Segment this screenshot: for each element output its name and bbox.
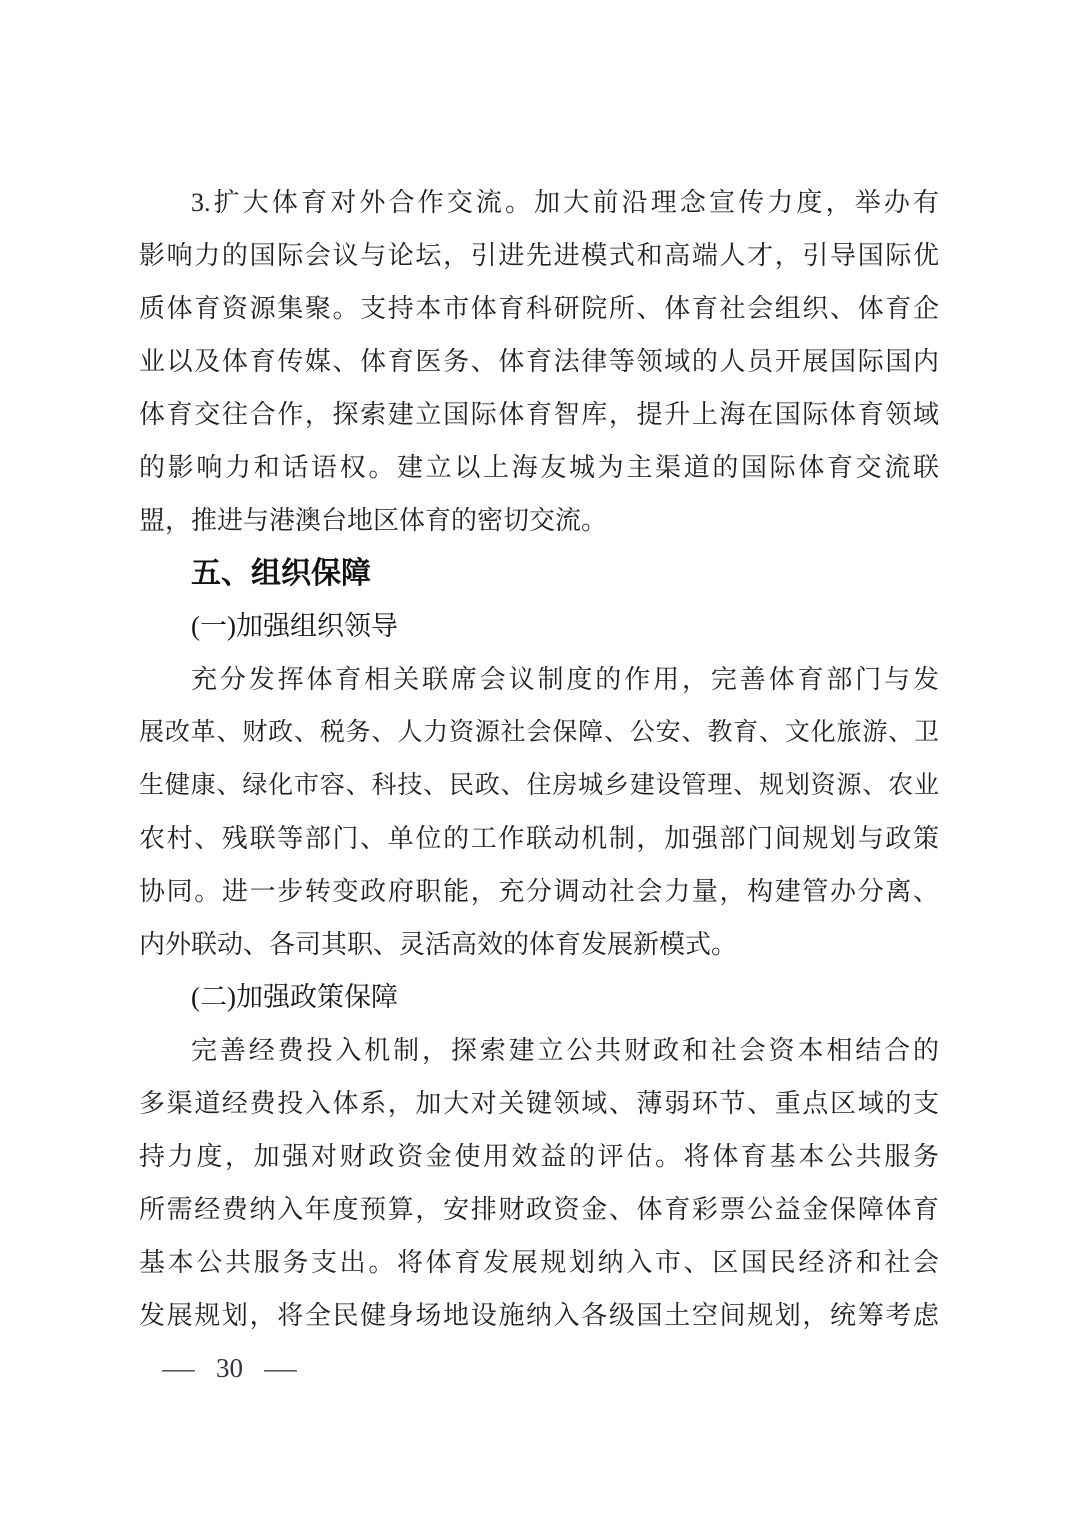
body-line: 协同。进一步转变政府职能，充分调动社会力量，构建管办分离、: [139, 865, 939, 918]
footer-dash-right: —: [264, 1353, 296, 1384]
document-text-block: 3.扩大体育对外合作交流。加大前沿理念宣传力度，举办有 影响力的国际会议与论坛，…: [139, 176, 939, 1395]
body-line: 盟，推进与港澳台地区体育的密切交流。: [139, 494, 939, 547]
section-heading-organizational-guarantee: 五、组织保障: [139, 547, 939, 600]
body-line: 多渠道经费投入体系，加大对关键领域、薄弱环节、重点区域的支: [139, 1077, 939, 1130]
subsection-heading-policy: (二)加强政策保障: [139, 971, 939, 1024]
footer-dash-left: —: [162, 1353, 194, 1384]
body-line: 3.扩大体育对外合作交流。加大前沿理念宣传力度，举办有: [139, 176, 939, 229]
body-line: 完善经费投入机制，探索建立公共财政和社会资本相结合的: [139, 1024, 939, 1077]
body-line: 展改革、财政、税务、人力资源社会保障、公安、教育、文化旅游、卫: [139, 706, 939, 759]
document-page: 3.扩大体育对外合作交流。加大前沿理念宣传力度，举办有 影响力的国际会议与论坛，…: [0, 0, 1080, 1527]
body-line: 所需经费纳入年度预算，安排财政资金、体育彩票公益金保障体育: [139, 1183, 939, 1236]
page-footer: — 30 —: [139, 1342, 939, 1395]
body-line: 影响力的国际会议与论坛，引进先进模式和高端人才，引导国际优: [139, 229, 939, 282]
subsection-heading-leadership: (一)加强组织领导: [139, 600, 939, 653]
body-line: 的影响力和话语权。建立以上海友城为主渠道的国际体育交流联: [139, 441, 939, 494]
body-line: 内外联动、各司其职、灵活高效的体育发展新模式。: [139, 918, 939, 971]
body-line: 基本公共服务支出。将体育发展规划纳入市、区国民经济和社会: [139, 1236, 939, 1289]
body-line: 体育交往合作，探索建立国际体育智库，提升上海在国际体育领域: [139, 388, 939, 441]
body-line: 持力度，加强对财政资金使用效益的评估。将体育基本公共服务: [139, 1130, 939, 1183]
body-line: 农村、残联等部门、单位的工作联动机制，加强部门间规划与政策: [139, 812, 939, 865]
body-line: 业以及体育传媒、体育医务、体育法律等领域的人员开展国际国内: [139, 335, 939, 388]
body-line: 质体育资源集聚。支持本市体育科研院所、体育社会组织、体育企: [139, 282, 939, 335]
body-line: 发展规划，将全民健身场地设施纳入各级国土空间规划，统筹考虑: [139, 1289, 939, 1342]
body-line: 充分发挥体育相关联席会议制度的作用，完善体育部门与发: [139, 653, 939, 706]
page-number: 30: [216, 1353, 243, 1384]
body-line: 生健康、绿化市容、科技、民政、住房城乡建设管理、规划资源、农业: [139, 759, 939, 812]
